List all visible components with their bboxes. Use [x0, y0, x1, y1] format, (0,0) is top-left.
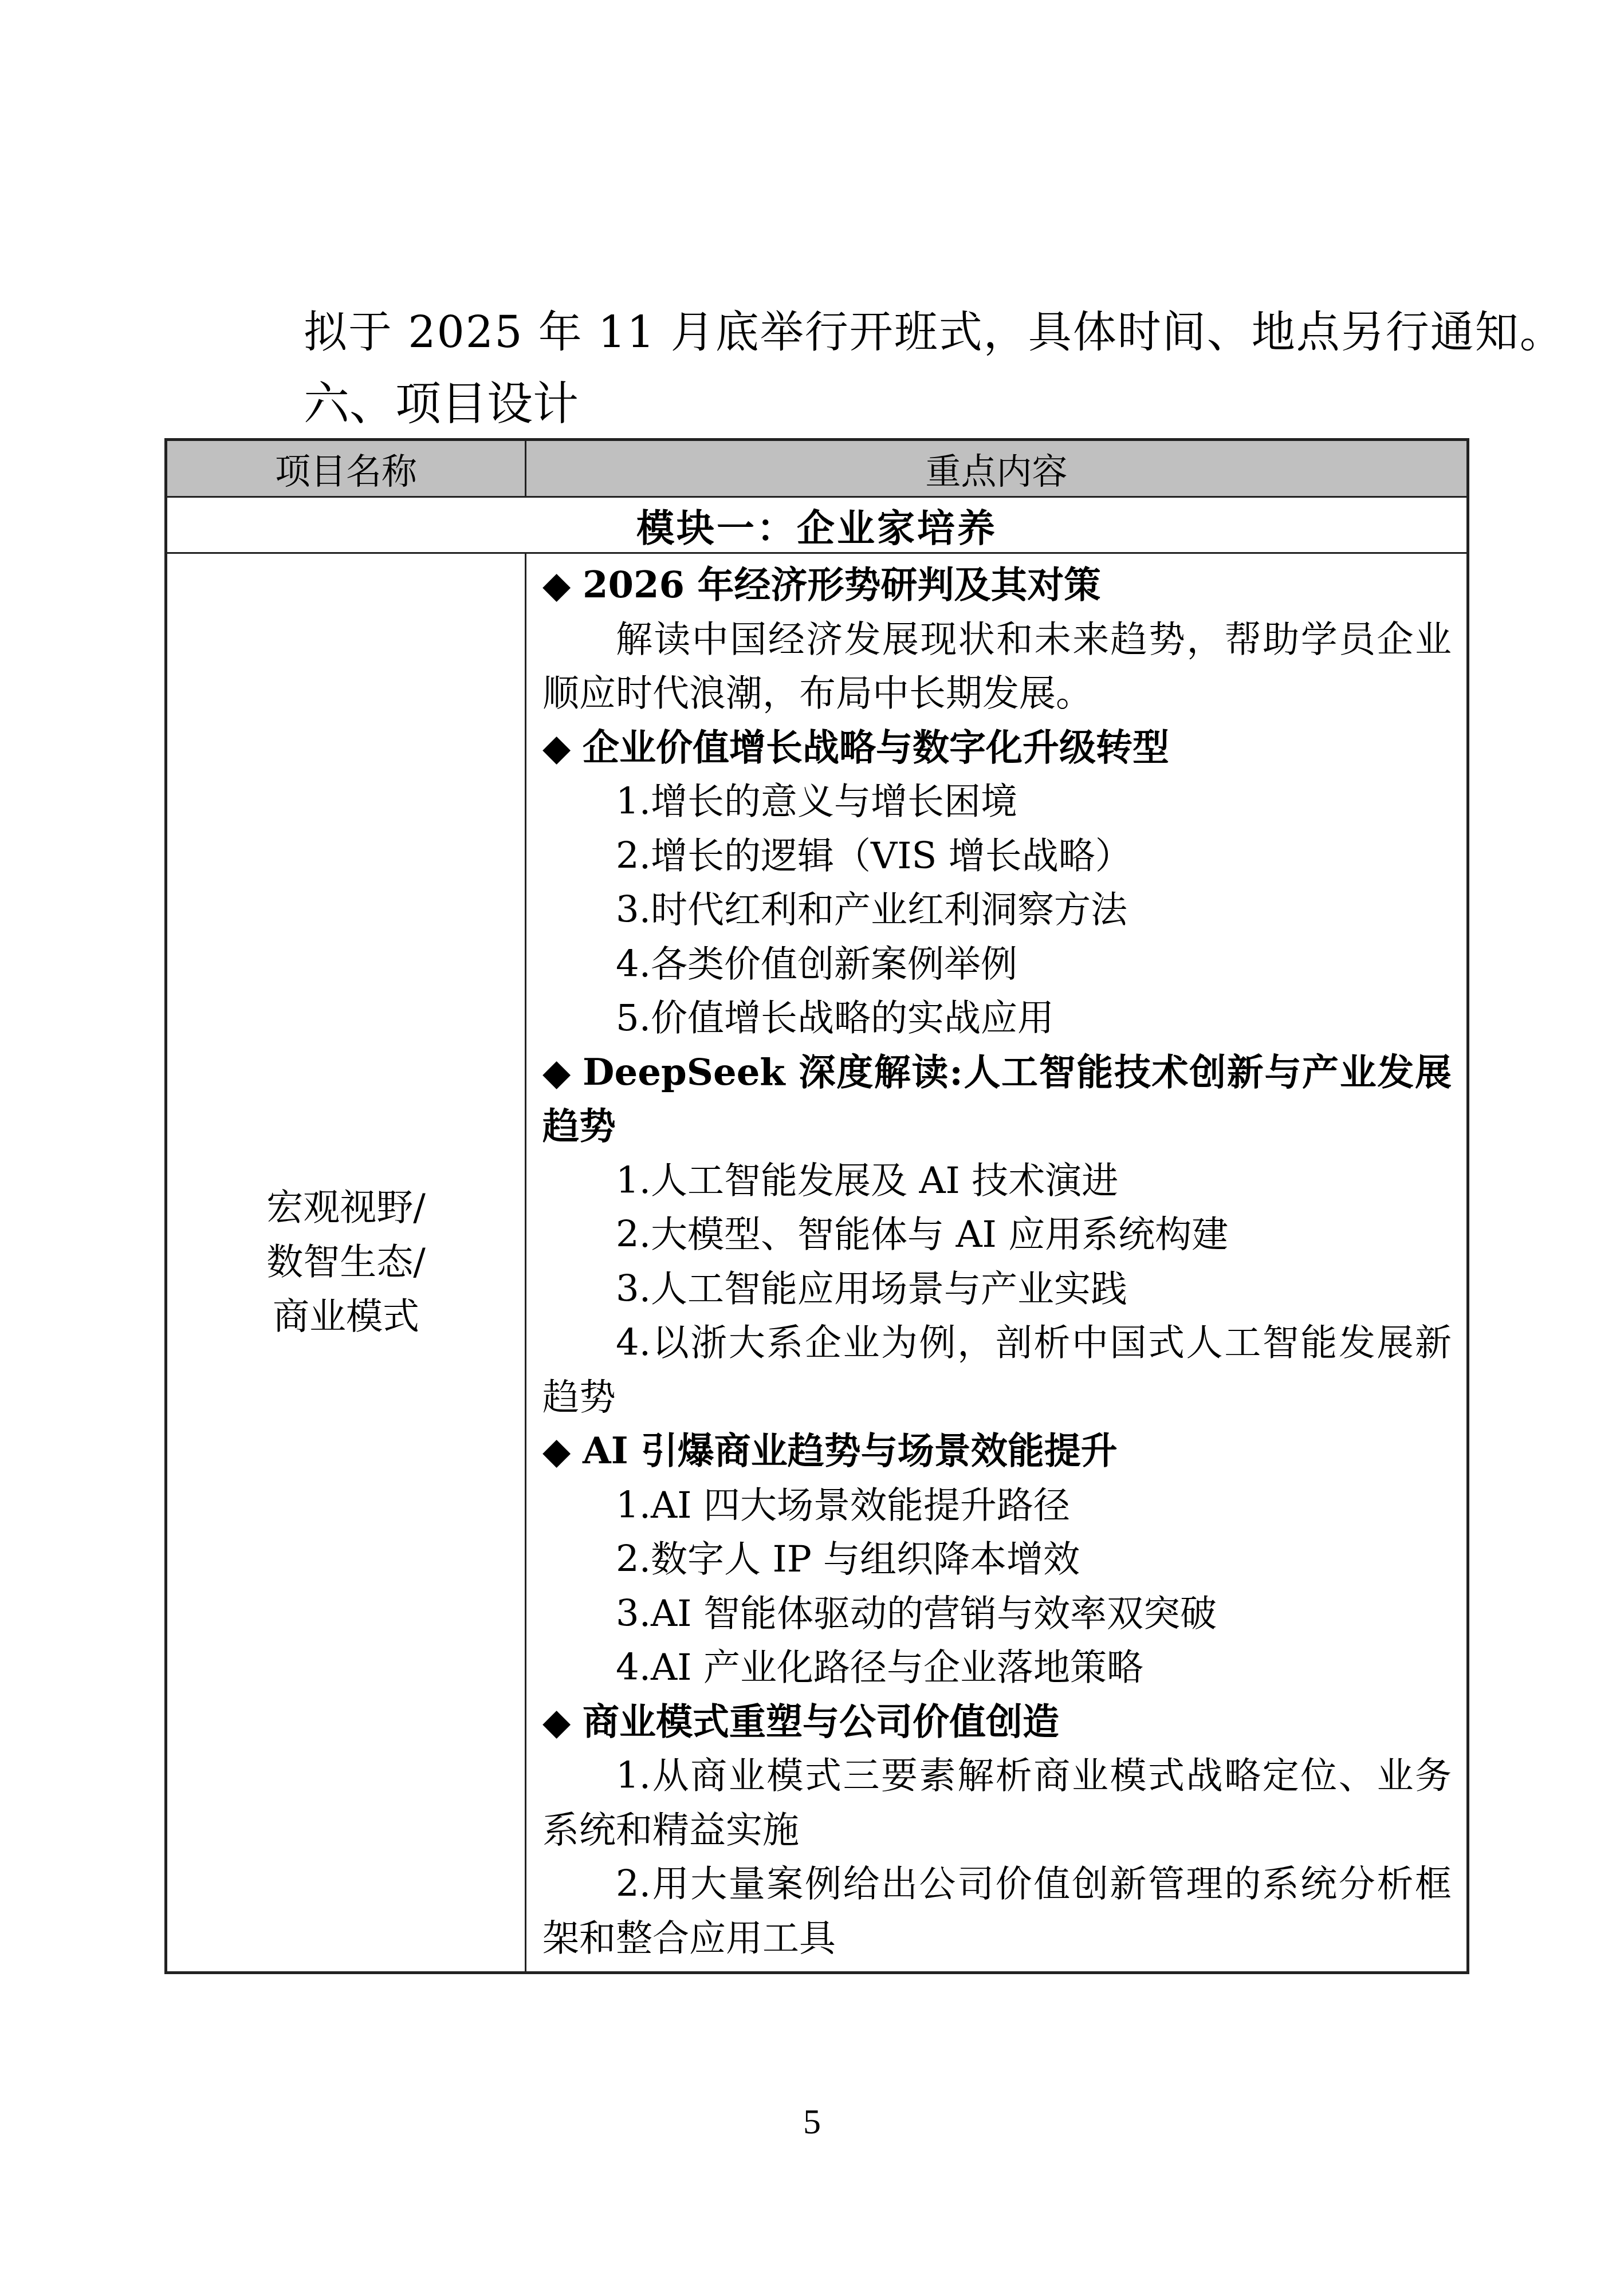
topic-item: 2.用大量案例给出公司价值创新管理的系统分析框架和整合应用工具: [542, 1857, 1452, 1966]
project-design-table: 项目名称 重点内容 模块一：企业家培养 宏观视野/ 数智生态/ 商业模式 ◆20…: [164, 438, 1469, 1974]
topic-item: 4.AI 产业化路径与企业落地策略: [542, 1641, 1452, 1695]
page-number: 5: [0, 2102, 1624, 2143]
topic-item: 5.价值增长战略的实战应用: [542, 991, 1452, 1046]
diamond-bullet-icon: ◆: [542, 1424, 583, 1479]
topic-item: 3.AI 智能体驱动的营销与效率双突破: [542, 1587, 1452, 1641]
topic-heading: ◆2026 年经济形势研判及其对策: [542, 558, 1452, 613]
diamond-bullet-icon: ◆: [542, 1046, 583, 1100]
module-title: 模块一：企业家培养: [166, 497, 1468, 553]
project-name-line: 宏观视野/: [167, 1181, 525, 1235]
intro-paragraph: 拟于 2025 年 11 月底举行开班式，具体时间、地点另行通知。: [304, 304, 1564, 361]
topic-item: 4.以浙大系企业为例，剖析中国式人工智能发展新趋势: [542, 1316, 1452, 1424]
topic-heading: ◆DeepSeek 深度解读:人工智能技术创新与产业发展趋势: [542, 1046, 1452, 1154]
diamond-bullet-icon: ◆: [542, 721, 583, 775]
header-project-name: 项目名称: [166, 440, 526, 497]
topic-title: 商业模式重塑与公司价值创造: [583, 1700, 1059, 1743]
module-row: 模块一：企业家培养: [166, 497, 1468, 553]
project-name-cell: 宏观视野/ 数智生态/ 商业模式: [166, 553, 526, 1973]
project-name-line: 商业模式: [167, 1290, 525, 1344]
topic-item: 4.各类价值创新案例举例: [542, 938, 1452, 992]
header-key-content: 重点内容: [526, 440, 1468, 497]
topic-item: 1.从商业模式三要素解析商业模式战略定位、业务系统和精益实施: [542, 1749, 1452, 1857]
topic-item: 1.人工智能发展及 AI 技术演进: [542, 1154, 1452, 1208]
table-row: 宏观视野/ 数智生态/ 商业模式 ◆2026 年经济形势研判及其对策 解读中国经…: [166, 553, 1468, 1973]
topic-item: 3.人工智能应用场景与产业实践: [542, 1262, 1452, 1317]
topic-heading: ◆商业模式重塑与公司价值创造: [542, 1695, 1452, 1750]
topic-item: 1.AI 四大场景效能提升路径: [542, 1479, 1452, 1533]
topic-item: 2.大模型、智能体与 AI 应用系统构建: [542, 1208, 1452, 1262]
section-title: 六、项目设计: [304, 375, 579, 432]
topic-item: 2.增长的逻辑（VIS 增长战略）: [542, 829, 1452, 884]
topic-item: 2.数字人 IP 与组织降本增效: [542, 1533, 1452, 1587]
topic-heading: ◆AI 引爆商业趋势与场景效能提升: [542, 1424, 1452, 1479]
topic-title: AI 引爆商业趋势与场景效能提升: [583, 1429, 1118, 1472]
topic-item: 3.时代红利和产业红利洞察方法: [542, 883, 1452, 938]
topic-title: 2026 年经济形势研判及其对策: [583, 564, 1100, 607]
topic-paragraph: 解读中国经济发展现状和未来趋势，帮助学员企业顺应时代浪潮，布局中长期发展。: [542, 613, 1452, 721]
topic-item: 1.增长的意义与增长困境: [542, 775, 1452, 829]
diamond-bullet-icon: ◆: [542, 558, 583, 613]
project-name-line: 数智生态/: [167, 1235, 525, 1290]
diamond-bullet-icon: ◆: [542, 1695, 583, 1750]
key-content-cell: ◆2026 年经济形势研判及其对策 解读中国经济发展现状和未来趋势，帮助学员企业…: [526, 553, 1468, 1973]
topic-title: 企业价值增长战略与数字化升级转型: [583, 726, 1169, 769]
table-header-row: 项目名称 重点内容: [166, 440, 1468, 497]
topic-heading: ◆企业价值增长战略与数字化升级转型: [542, 721, 1452, 775]
topic-title: DeepSeek 深度解读:人工智能技术创新与产业发展趋势: [542, 1051, 1452, 1148]
